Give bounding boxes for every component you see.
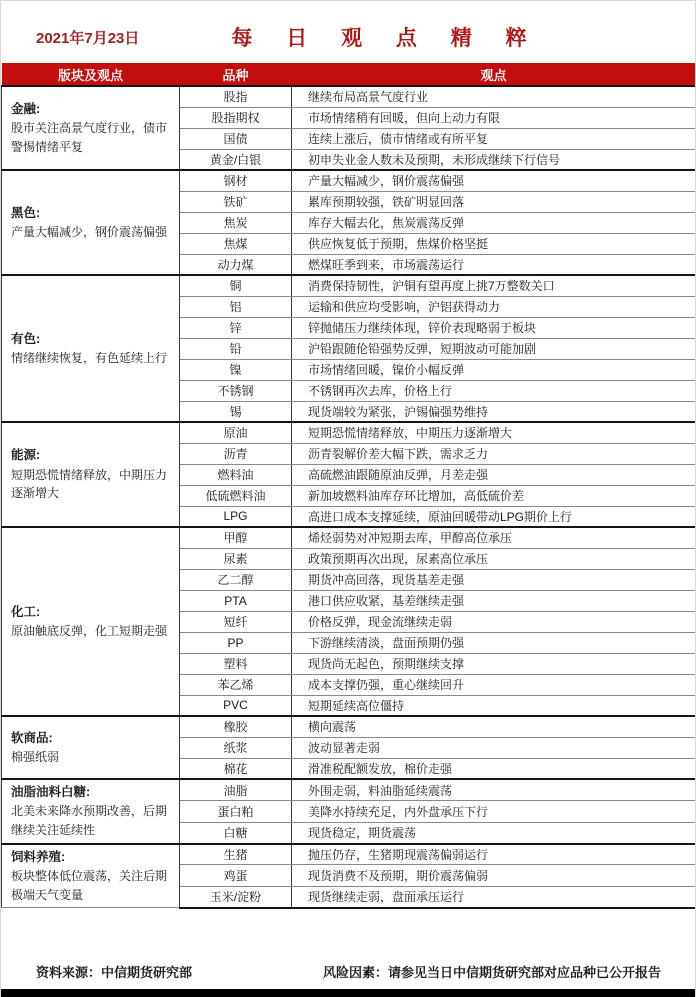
view-cell: 现货消费不及预期，期价震荡偏弱: [292, 865, 696, 886]
sector-cell: 能源:短期恐慌情绪释放，中期压力逐渐增大: [2, 422, 180, 527]
variety-cell: 焦炭: [180, 212, 292, 233]
variety-cell: 尿素: [180, 548, 292, 569]
sector-name: 金融:: [11, 100, 173, 119]
sector-summary: 短期恐慌情绪释放，中期压力逐渐增大: [11, 466, 173, 503]
table-row: 油脂油料白糖:北美未来降水预期改善，后期继续关注延续性油脂外围走弱，料油脂延续震…: [2, 779, 696, 801]
view-cell: 供应恢复低于预期，焦煤价格坚挺: [292, 233, 696, 254]
variety-cell: 油脂: [180, 779, 292, 801]
variety-cell: 股指: [180, 86, 292, 107]
column-header-sector: 版块及观点: [2, 63, 180, 86]
report-footer: 资料来源：中信期货研究部 风险因素：请参见当日中信期货研究部对应品种已公开报告: [1, 945, 695, 990]
view-cell: 下游继续清淡，盘面预期仍强: [292, 632, 696, 653]
sector-name: 化工:: [11, 603, 173, 622]
report-date: 2021年7月23日: [36, 27, 139, 48]
variety-cell: 钢材: [180, 170, 292, 191]
daily-points-table: 版块及观点 品种 观点 金融:股市关注高景气度行业，债市警惕情绪平复股指继续布局…: [1, 63, 696, 909]
view-cell: 短期延续高位僵持: [292, 695, 696, 716]
risk-factors-note: 风险因素：请参见当日中信期货研究部对应品种已公开报告: [323, 962, 661, 981]
sector-cell: 黑色:产量大幅减少，钢价震荡偏强: [2, 170, 180, 275]
table-row: 有色:情绪继续恢复，有色延续上行铜消费保持韧性，沪铜有望再度上挑7万整数关口: [2, 275, 696, 296]
column-header-variety: 品种: [180, 63, 292, 86]
view-cell: 不锈钢再次去库，价格上行: [292, 380, 696, 401]
view-cell: 高进口成本支撑延续，原油回暖带动LPG期价上行: [292, 506, 696, 527]
view-cell: 产量大幅减少，钢价震荡偏强: [292, 170, 696, 191]
variety-cell: 橡胶: [180, 716, 292, 737]
variety-cell: PVC: [180, 695, 292, 716]
variety-cell: 焦煤: [180, 233, 292, 254]
variety-cell: PTA: [180, 590, 292, 611]
table-row: 金融:股市关注高景气度行业，债市警惕情绪平复股指继续布局高景气度行业: [2, 86, 696, 107]
variety-cell: 国债: [180, 128, 292, 149]
view-cell: 锌抛储压力继续体现，锌价表现略弱于板块: [292, 317, 696, 338]
variety-cell: 生猪: [180, 844, 292, 865]
view-cell: 烯烃弱势对冲短期去库，甲醇高位承压: [292, 527, 696, 548]
report-header: 2021年7月23日 每 日 观 点 精 粹: [1, 1, 695, 63]
table-row: 化工:原油触底反弹，化工短期走强甲醇烯烃弱势对冲短期去库，甲醇高位承压: [2, 527, 696, 548]
sector-summary: 北美未来降水预期改善，后期继续关注延续性: [11, 802, 173, 839]
column-header-view: 观点: [292, 63, 696, 86]
variety-cell: 短纤: [180, 611, 292, 632]
sector-cell: 化工:原油触底反弹，化工短期走强: [2, 527, 180, 716]
view-cell: 库存大幅去化，焦炭震荡反弹: [292, 212, 696, 233]
view-cell: 市场情绪稍有回暖，但向上动力有限: [292, 107, 696, 128]
view-cell: 新加坡燃料油库存环比增加，高低硫价差: [292, 485, 696, 506]
view-cell: 市场情绪回暖，镍价小幅反弹: [292, 359, 696, 380]
view-cell: 初申失业金人数未及预期，未形成继续下行信号: [292, 149, 696, 170]
sector-cell: 有色:情绪继续恢复，有色延续上行: [2, 275, 180, 422]
variety-cell: 黄金/白银: [180, 149, 292, 170]
view-cell: 横向震荡: [292, 716, 696, 737]
variety-cell: 塑料: [180, 653, 292, 674]
sector-cell: 软商品:棉强纸弱: [2, 716, 180, 779]
variety-cell: 不锈钢: [180, 380, 292, 401]
variety-cell: 纸浆: [180, 737, 292, 758]
view-cell: 继续布局高景气度行业: [292, 86, 696, 107]
view-cell: 波动显著走弱: [292, 737, 696, 758]
table-header-row: 版块及观点 品种 观点: [2, 63, 696, 86]
variety-cell: 燃料油: [180, 464, 292, 485]
variety-cell: 镍: [180, 359, 292, 380]
sector-summary: 棉强纸弱: [11, 748, 173, 767]
view-cell: 现货稳定，期货震荡: [292, 822, 696, 844]
view-cell: 滑准税配额发放，棉价走强: [292, 758, 696, 779]
view-cell: 沥青裂解价差大幅下跌，需求乏力: [292, 443, 696, 464]
variety-cell: 甲醇: [180, 527, 292, 548]
sector-summary: 产量大幅减少，钢价震荡偏强: [11, 223, 173, 242]
table-body: 金融:股市关注高景气度行业，债市警惕情绪平复股指继续布局高景气度行业股指期权市场…: [2, 86, 696, 908]
variety-cell: 动力煤: [180, 254, 292, 275]
variety-cell: 原油: [180, 422, 292, 443]
view-cell: 运输和供应均受影响，沪铝获得动力: [292, 296, 696, 317]
view-cell: 抛压仍存，生猪期现震荡偏弱运行: [292, 844, 696, 865]
view-cell: 燃煤旺季到来，市场震荡运行: [292, 254, 696, 275]
view-cell: 消费保持韧性，沪铜有望再度上挑7万整数关口: [292, 275, 696, 296]
table-row: 软商品:棉强纸弱橡胶横向震荡: [2, 716, 696, 737]
sector-name: 能源:: [11, 446, 173, 465]
view-cell: 价格反弹，现金流继续走弱: [292, 611, 696, 632]
view-cell: 期货冲高回落，现货基差走强: [292, 569, 696, 590]
variety-cell: 白糖: [180, 822, 292, 844]
variety-cell: PP: [180, 632, 292, 653]
table-row: 能源:短期恐慌情绪释放，中期压力逐渐增大原油短期恐慌情绪释放，中期压力逐渐增大: [2, 422, 696, 443]
view-cell: 现货尚无起色，预期继续支撑: [292, 653, 696, 674]
sector-cell: 饲料养殖:板块整体低位震荡，关注后期极端天气变量: [2, 844, 180, 908]
variety-cell: 棉花: [180, 758, 292, 779]
variety-cell: 苯乙烯: [180, 674, 292, 695]
variety-cell: 沥青: [180, 443, 292, 464]
variety-cell: LPG: [180, 506, 292, 527]
sector-summary: 原油触底反弹，化工短期走强: [11, 622, 173, 641]
view-cell: 短期恐慌情绪释放，中期压力逐渐增大: [292, 422, 696, 443]
table-row: 黑色:产量大幅减少，钢价震荡偏强钢材产量大幅减少，钢价震荡偏强: [2, 170, 696, 191]
view-cell: 港口供应收紧，基差继续走强: [292, 590, 696, 611]
bottom-black-bar: [1, 989, 696, 997]
sector-cell: 金融:股市关注高景气度行业，债市警惕情绪平复: [2, 86, 180, 170]
sector-summary: 板块整体低位震荡，关注后期极端天气变量: [11, 867, 173, 904]
view-cell: 成本支撑仍强，重心继续回升: [292, 674, 696, 695]
table-row: 饲料养殖:板块整体低位震荡，关注后期极端天气变量生猪抛压仍存，生猪期现震荡偏弱运…: [2, 844, 696, 865]
variety-cell: 低硫燃料油: [180, 485, 292, 506]
view-cell: 美降水持续充足，内外盘承压下行: [292, 801, 696, 823]
view-cell: 连续上涨后，债市情绪或有所平复: [292, 128, 696, 149]
table-header: 版块及观点 品种 观点: [2, 63, 696, 86]
sector-name: 软商品:: [11, 729, 173, 748]
view-cell: 外围走弱，料油脂延续震荡: [292, 779, 696, 801]
variety-cell: 股指期权: [180, 107, 292, 128]
sector-name: 油脂油料白糖:: [11, 783, 173, 802]
variety-cell: 铜: [180, 275, 292, 296]
report-page: 2021年7月23日 每 日 观 点 精 粹 版块及观点 品种 观点 金融:股市…: [0, 0, 696, 997]
variety-cell: 玉米/淀粉: [180, 886, 292, 907]
sector-cell: 油脂油料白糖:北美未来降水预期改善，后期继续关注延续性: [2, 779, 180, 844]
view-cell: 沪铅跟随伦铅强势反弹，短期波动可能加剧: [292, 338, 696, 359]
variety-cell: 铅: [180, 338, 292, 359]
view-cell: 高硫燃油跟随原油反弹，月差走强: [292, 464, 696, 485]
view-cell: 累库预期较强，铁矿明显回落: [292, 191, 696, 212]
page-title: 每 日 观 点 精 粹: [231, 22, 540, 52]
variety-cell: 鸡蛋: [180, 865, 292, 886]
sector-name: 黑色:: [11, 204, 173, 223]
variety-cell: 铁矿: [180, 191, 292, 212]
variety-cell: 铝: [180, 296, 292, 317]
sector-name: 有色:: [11, 330, 173, 349]
variety-cell: 锡: [180, 401, 292, 422]
view-cell: 现货继续走弱，盘面承压运行: [292, 886, 696, 907]
variety-cell: 蛋白粕: [180, 801, 292, 823]
view-cell: 现货端较为紧张，沪锡偏强势维持: [292, 401, 696, 422]
sector-name: 饲料养殖:: [11, 848, 173, 867]
data-source-note: 资料来源：中信期货研究部: [36, 962, 192, 981]
variety-cell: 锌: [180, 317, 292, 338]
sector-summary: 情绪继续恢复，有色延续上行: [11, 349, 173, 368]
sector-summary: 股市关注高景气度行业，债市警惕情绪平复: [11, 119, 173, 156]
view-cell: 政策预期再次出现，尿素高位承压: [292, 548, 696, 569]
variety-cell: 乙二醇: [180, 569, 292, 590]
